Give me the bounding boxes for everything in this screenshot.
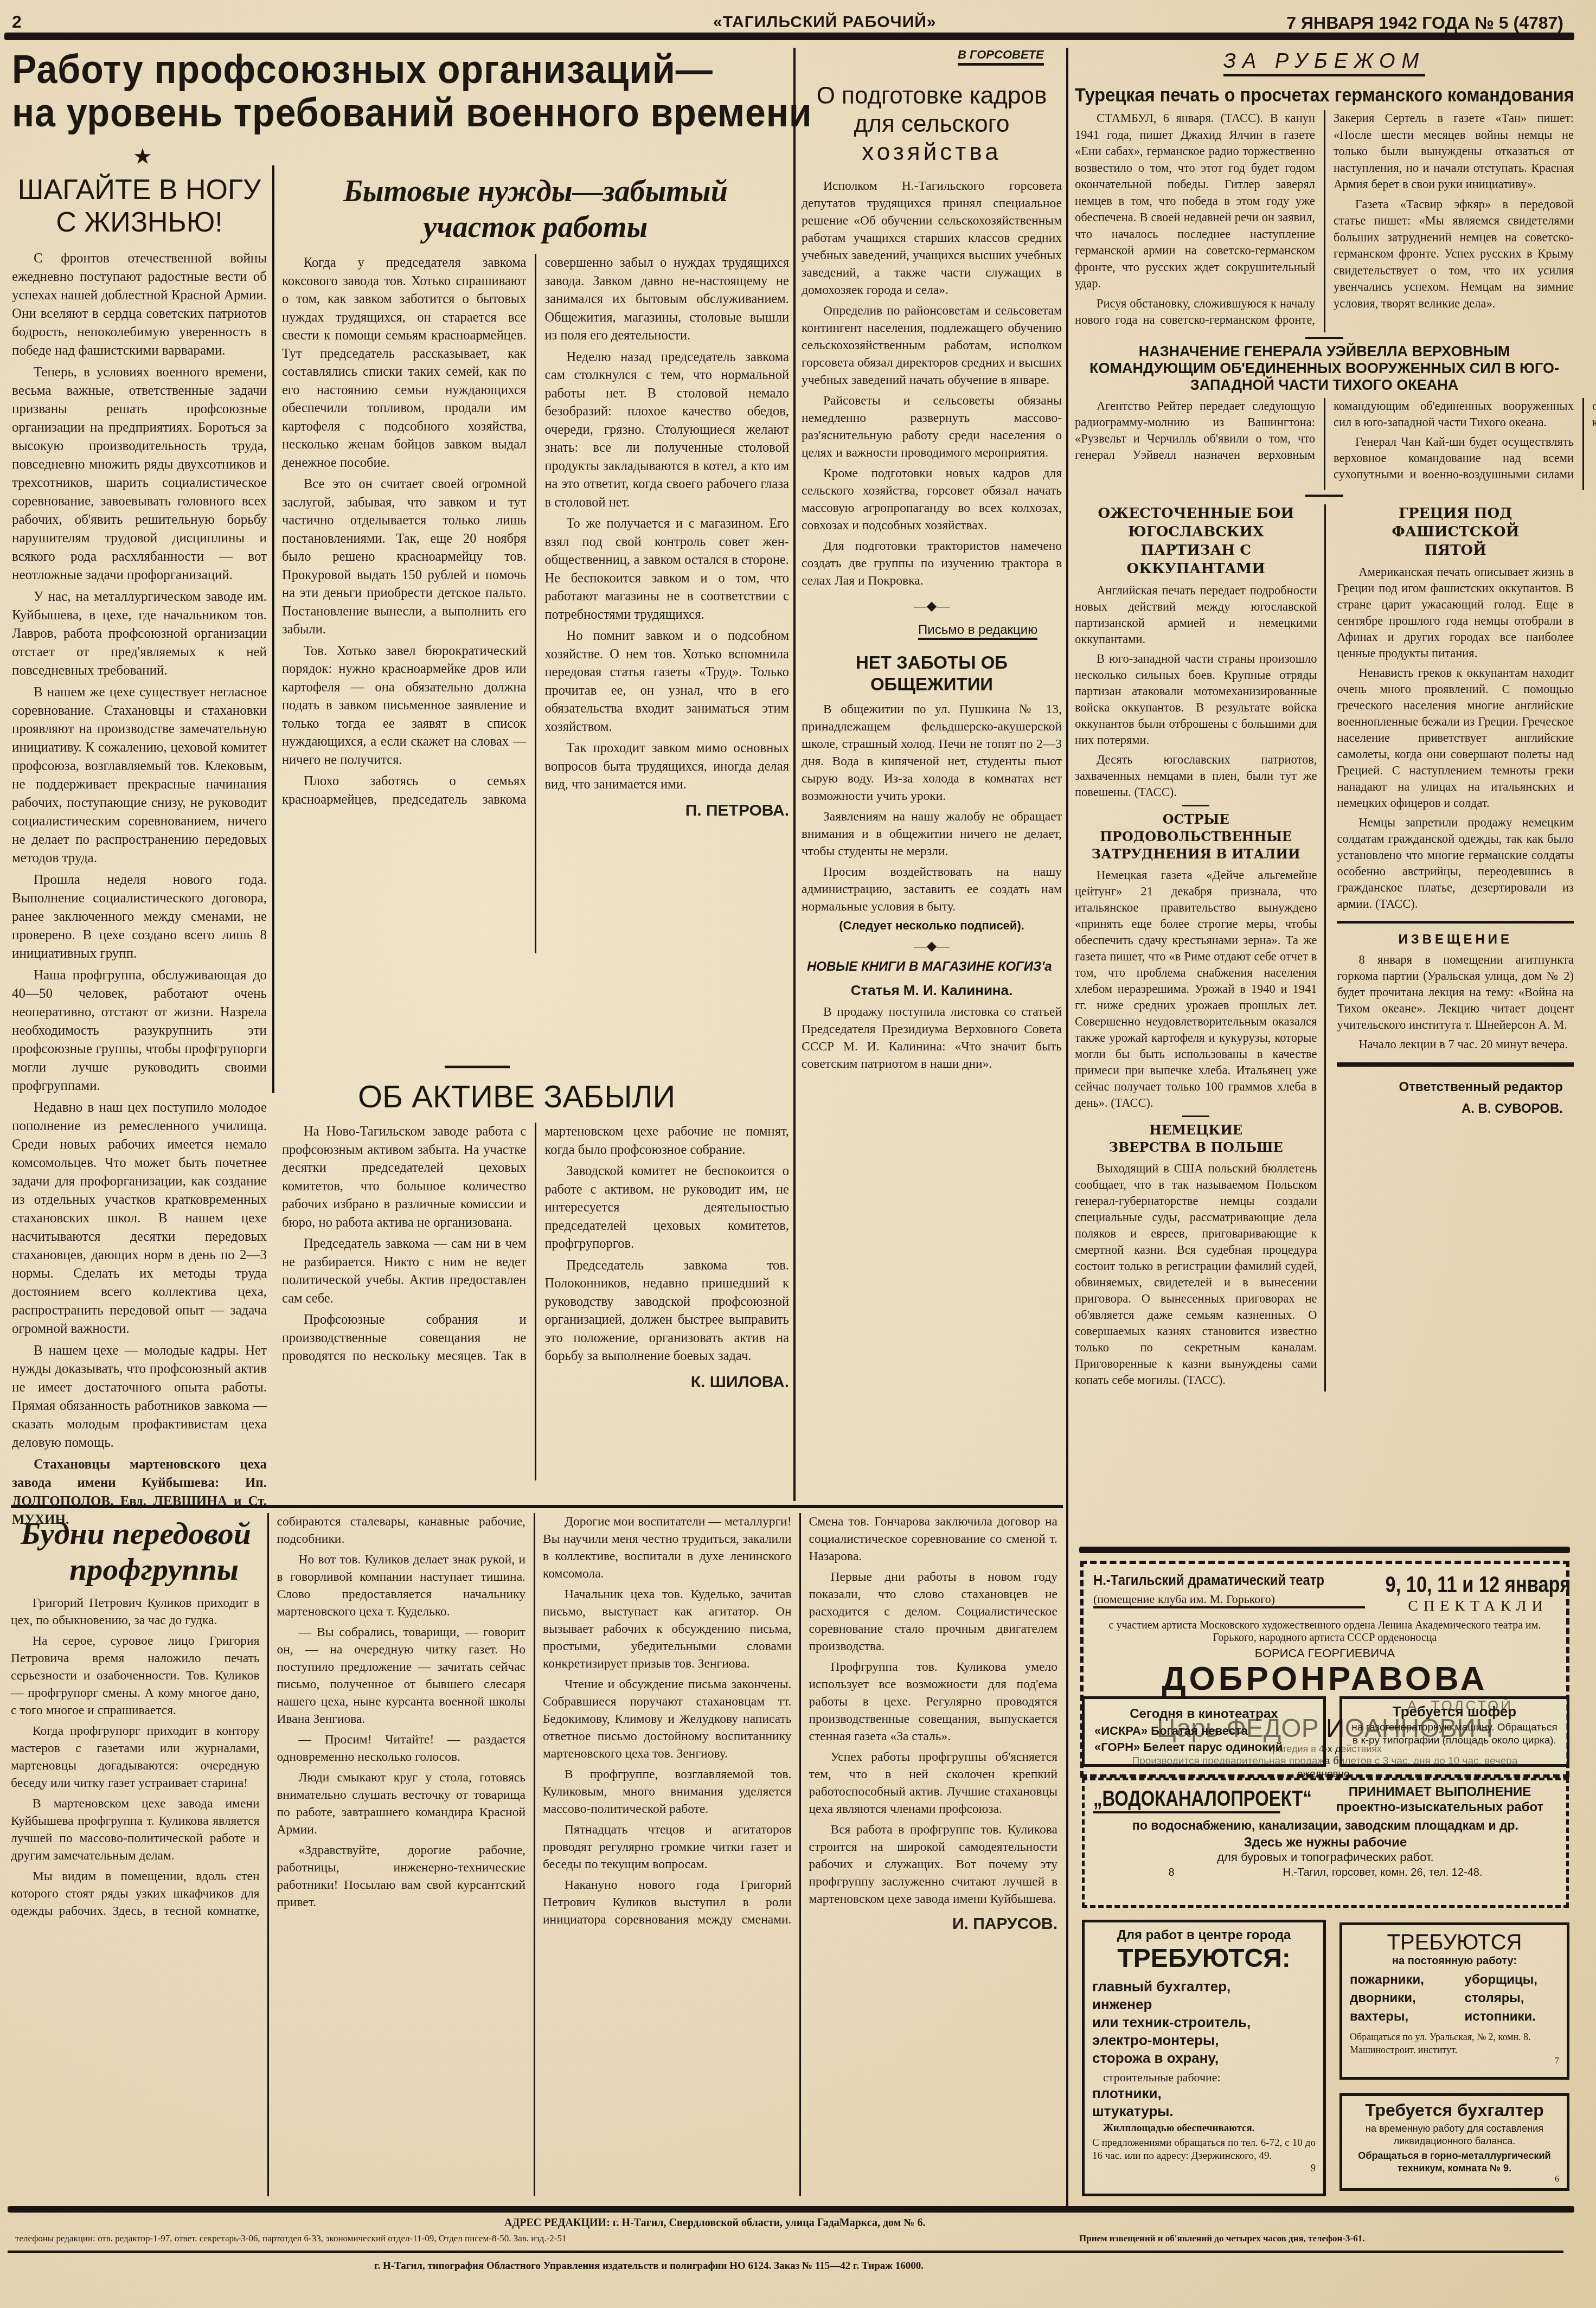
role-item: главный бухгалтер, xyxy=(1092,1978,1316,1996)
editorial-title-line2: С ЖИЗНЬЮ! xyxy=(12,206,267,239)
center-roles: главный бухгалтер, инженер или техник-ст… xyxy=(1092,1978,1316,2067)
gorsovet-section-label: В ГОРСОВЕТЕ xyxy=(958,48,1044,66)
paragraph: Десять югославских патриотов, захваченны… xyxy=(1075,752,1317,800)
abroad-left-column: ОЖЕСТОЧЕННЫЕ БОИ ЮГОСЛАВСКИХ ПАРТИЗАН С … xyxy=(1075,504,1326,1392)
paragraph: То же получается и с магазином. Его взял… xyxy=(545,515,790,624)
ad-number: 9 xyxy=(1092,2163,1316,2174)
paragraph: Неделю назад председатель завкома сам ст… xyxy=(545,348,790,512)
title-spacer xyxy=(11,1513,260,1594)
turkey-title: Турецкая печать о просчетах германского … xyxy=(1075,84,1539,107)
paragraph: — Просим! Читайте! — раздается одновреме… xyxy=(277,1731,526,1766)
paragraph: Заводской комитет не беспокоится о работ… xyxy=(545,1162,790,1253)
footer-rule-bottom xyxy=(8,2251,1563,2253)
paragraph: В продажу поступила листовка со статьей … xyxy=(802,1003,1062,1073)
editorial-title-line1: ШАГАЙТЕ В НОГУ xyxy=(12,174,267,206)
accountant-contact: Обращаться в горно-металлургический техн… xyxy=(1350,2150,1559,2175)
vodokanal-line3: Здесь же нужны рабочие xyxy=(1093,1835,1557,1850)
paragraph: Григорий Петрович Куликов приходит в цех… xyxy=(11,1594,260,1629)
wavell-body: Агентство Рейтер передает следующую ради… xyxy=(1075,398,1574,490)
footer-printing: г. Н-Тагил, типография Областного Управл… xyxy=(374,2260,924,2272)
ornament-divider: —◆— xyxy=(802,598,1062,614)
role-item: плотники, xyxy=(1092,2085,1316,2102)
editorial-title: ШАГАЙТЕ В НОГУ С ЖИЗНЬЮ! xyxy=(12,174,267,239)
center-big: ТРЕБУЮТСЯ: xyxy=(1092,1943,1316,1974)
paragraph: Профгруппа тов. Куликова умело используе… xyxy=(809,1658,1058,1745)
paragraph: Немецкая газета «Дейче альгемейне цейтун… xyxy=(1075,867,1317,1111)
paragraph: Заявлениям на нашу жалобу не обращает вн… xyxy=(802,808,1062,860)
role-item: электро-монтеры, xyxy=(1092,2031,1316,2049)
notice-body: 8 января в помещении агитпункта горкома … xyxy=(1337,952,1574,1053)
paragraph: Когда у председателя завкома коксового з… xyxy=(282,254,527,472)
notice-title: ИЗВЕЩЕНИЕ xyxy=(1337,932,1574,947)
paragraph: В профгруппе, возглавляемой тов. Куликов… xyxy=(543,1766,792,1818)
issue-date: 7 ЯНВАРЯ 1942 ГОДА № 5 (4787) xyxy=(1286,13,1563,33)
poland-body: Выходящий в США польский бюллетень сообщ… xyxy=(1075,1161,1317,1388)
letter-title: НЕТ ЗАБОТЫ ОБ ОБЩЕЖИТИИ xyxy=(802,652,1062,695)
cinema-title: Сегодня в кинотеатрах xyxy=(1094,1707,1313,1722)
theatre-name-block: Н.-Тагильский драматический театр (помещ… xyxy=(1093,1572,1365,1608)
center-builders-label: строительные рабочие: xyxy=(1103,2070,1316,2085)
bytovye-title: Бытовые нужды—забытый участок работы xyxy=(282,174,789,245)
paragraph: Председатель завкома — сам ни в чем не р… xyxy=(282,1235,527,1307)
paragraph: Тов. Хотько завел бюрократический порядо… xyxy=(282,642,527,770)
paragraph: В общежитии по ул. Пушкина № 13, принадл… xyxy=(802,701,1062,805)
footer-address: АДРЕС РЕДАКЦИИ: г. Н-Тагил, Свердловской… xyxy=(504,2217,925,2229)
newspaper-name: «ТАГИЛЬСКИЙ РАБОЧИЙ» xyxy=(713,13,936,31)
theatre-venue: (помещение клуба им. М. Горького) xyxy=(1093,1592,1365,1608)
paragraph: Так проходит завком мимо основных вопрос… xyxy=(545,739,790,794)
abroad-columns: ОЖЕСТОЧЕННЫЕ БОИ ЮГОСЛАВСКИХ ПАРТИЗАН С … xyxy=(1075,504,1574,1392)
theatre-header: Н.-Тагильский драматический театр (помещ… xyxy=(1093,1572,1556,1615)
vodokanal-ad: „ВОДОКАНАЛОПРОЕКТ“ ПРИНИМАЕТ ВЫПОЛНЕНИЕ … xyxy=(1082,1778,1569,1908)
divider xyxy=(1337,1062,1574,1067)
vodokanal-address: Н.-Тагил, горсовет, комн. 26, тел. 12-48… xyxy=(1283,1867,1483,1879)
editor-name: А. В. СУВОРОВ. xyxy=(1337,1098,1563,1120)
permanent-contact: Обращаться по ул. Уральская, № 2, комн. … xyxy=(1350,2030,1559,2056)
paragraph: Люди смыкают круг у стола, готовясь вним… xyxy=(277,1769,526,1838)
accountant-ad: Требуется бухгалтер на временную работу … xyxy=(1339,2093,1569,2191)
paragraph: Английская печать передает подробности н… xyxy=(1075,582,1317,647)
abroad-section-label: ЗА РУБЕЖОМ xyxy=(1075,50,1574,73)
paragraph: Газета «Тасвир эфкяр» в передовой статье… xyxy=(1334,196,1574,312)
bytovye-signature: П. ПЕТРОВА. xyxy=(545,802,790,820)
paragraph: В мартеновском цехе завода имени Куйбыше… xyxy=(11,1795,260,1864)
divider xyxy=(1305,337,1343,339)
permanent-roles-left: пожарники, дворники, вахтеры, xyxy=(1350,1971,1424,2026)
books-body: В продажу поступила листовка со статьей … xyxy=(802,1003,1062,1073)
theatre-guest-last: ДОБРОНРАВОВА xyxy=(1093,1661,1556,1697)
divider xyxy=(1182,805,1209,806)
lead-headline-line2: на уровень требований военного времени xyxy=(12,91,720,134)
wavell-title: НАЗНАЧЕНИЕ ГЕНЕРАЛА УЭЙВЕЛЛА ВЕРХОВНЫМ К… xyxy=(1075,343,1574,394)
vodokanal-header: „ВОДОКАНАЛОПРОЕКТ“ ПРИНИМАЕТ ВЫПОЛНЕНИЕ … xyxy=(1093,1785,1557,1815)
paragraph: Пятнадцать чтецов и агитаторов проводят … xyxy=(543,1821,792,1873)
paragraph: Немцы запретили продажу немецким солдата… xyxy=(1337,815,1574,912)
ad-number: 8 xyxy=(1168,1867,1174,1879)
editor-credit: Ответственный редактор А. В. СУВОРОВ. xyxy=(1337,1076,1574,1120)
lead-headline: Работу профсоюзных организаций— на урове… xyxy=(12,48,782,134)
letter-kicker: Письмо в редакцию xyxy=(918,623,1037,640)
greece-title: ГРЕЦИЯ ПОД ФАШИСТСКОЙ ПЯТОЙ xyxy=(1337,504,1574,560)
books-subtitle: Статья М. И. Калинина. xyxy=(802,982,1062,999)
footer-rule xyxy=(8,2206,1574,2213)
role-item: пожарники, xyxy=(1350,1971,1424,1989)
paragraph: На серое, суровое лицо Григория Петрович… xyxy=(11,1632,260,1719)
masthead-rule xyxy=(4,33,1574,40)
yugoslavia-title: ОЖЕСТОЧЕННЫЕ БОИ ЮГОСЛАВСКИХ ПАРТИЗАН С … xyxy=(1075,504,1317,578)
aktiv-signature: К. ШИЛОВА. xyxy=(545,1373,790,1392)
star-icon: ★ xyxy=(133,144,152,169)
paragraph: В юго-западной части страны произошло не… xyxy=(1075,651,1317,748)
footer-notices: Прием извещений и об'явлений до четырех … xyxy=(1079,2233,1364,2244)
role-item: сторожа в охрану, xyxy=(1092,2049,1316,2067)
footer-phones: телефоны редакции: отв. редактор-1-97, о… xyxy=(15,2233,566,2244)
italy-title: ОСТРЫЕ ПРОДОВОЛЬСТВЕННЫЕ ЗАТРУДНЕНИЯ В И… xyxy=(1075,811,1317,863)
budni-body: Григорий Петрович Куликов приходит в цех… xyxy=(11,1513,1057,2196)
accountant-text: на временную работу для составления ликв… xyxy=(1350,2123,1559,2147)
column-divider xyxy=(272,165,274,1093)
bytovye-body: Когда у председателя завкома коксового з… xyxy=(282,254,789,953)
driver-ad: Требуется шофер на газогенераторную маши… xyxy=(1339,1696,1569,1767)
paragraph: Когда профгрупорг приходит в контору мас… xyxy=(11,1722,260,1792)
books-title: НОВЫЕ КНИГИ В МАГАЗИНЕ КОГИЗ'а xyxy=(807,959,1062,975)
driver-text: на газогенераторную машину. Обращаться в… xyxy=(1349,1721,1560,1747)
paragraph: Для подготовки трактористов намечено соз… xyxy=(802,537,1062,589)
divider xyxy=(1182,1115,1209,1117)
theatre-guest-intro: с участием артиста Московского художеств… xyxy=(1093,1619,1556,1644)
paragraph: Все это он считает своей огромной заслуг… xyxy=(282,475,527,639)
vodokanal-line2: по водоснабжению, канализации, заводским… xyxy=(1093,1818,1557,1833)
accountant-title: Требуется бухгалтер xyxy=(1350,2100,1559,2120)
paragraph: СТАМБУЛ, 6 января. (ТАСС). В канун 1941 … xyxy=(1075,110,1315,292)
abroad-right-column: ГРЕЦИЯ ПОД ФАШИСТСКОЙ ПЯТОЙ Американская… xyxy=(1337,504,1574,1392)
role-item: дворники, xyxy=(1350,1989,1424,2008)
paragraph: Американская печать описывает жизнь в Гр… xyxy=(1337,564,1574,662)
bytovye-title-line2: участок работы xyxy=(282,209,789,245)
vodokanal-name: „ВОДОКАНАЛОПРОЕКТ“ xyxy=(1093,1787,1280,1813)
paragraph: Теперь, в условиях военного времени, вес… xyxy=(12,363,267,585)
paragraph: Успех работы профгруппы об'ясняется тем,… xyxy=(809,1748,1058,1818)
theatre-kind: СПЕКТАКЛИ xyxy=(1365,1598,1591,1615)
paragraph: «Здравствуйте, дорогие рабочие, работниц… xyxy=(277,1842,526,1911)
center-housing: Жилплощадью обеспечиваются. xyxy=(1103,2123,1316,2134)
ornament-divider: —◆— xyxy=(802,938,1062,954)
paragraph: Но вот тов. Куликов делает знак рукой, и… xyxy=(277,1551,526,1620)
paragraph: Определив по районсоветам и сельсоветам … xyxy=(802,302,1062,389)
vodokanal-footer: 8 Н.-Тагил, горсовет, комн. 26, тел. 12-… xyxy=(1093,1867,1557,1879)
ad-number: 6 xyxy=(1350,2175,1559,2184)
cinema-line2: «ГОРН» Белеет парус одинокий xyxy=(1094,1740,1313,1754)
role-item: истопники. xyxy=(1465,2008,1537,2026)
cinema-ad: Сегодня в кинотеатрах «ИСКРА» Богатая не… xyxy=(1082,1696,1326,1767)
gorsovet-title: О подготовке кадров для сельского хозяйс… xyxy=(802,82,1062,166)
aktiv-body: На Ново-Тагильском заводе работа с профс… xyxy=(282,1123,789,1480)
bytovye-title-line1: Бытовые нужды—забытый xyxy=(282,174,789,209)
abroad-section: ЗА РУБЕЖОМ Турецкая печать о просчетах г… xyxy=(1075,48,1574,1392)
section-rule xyxy=(11,1505,1063,1508)
center-intro: Для работ в центре города xyxy=(1092,1928,1316,1943)
greece-body: Американская печать описывает жизнь в Гр… xyxy=(1337,564,1574,912)
cinema-line1: «ИСКРА» Богатая невеста xyxy=(1094,1724,1313,1738)
theatre-name: Н.-Тагильский драматический театр xyxy=(1093,1572,1324,1589)
role-item: столяры, xyxy=(1465,1989,1537,2008)
lead-headline-line1: Работу профсоюзных организаций— xyxy=(12,48,720,91)
paragraph: В нашем же цехе существует негласное сор… xyxy=(12,683,267,868)
paragraph: Первые дни работы в новом году показали,… xyxy=(809,1568,1058,1655)
paragraph: У нас, на металлургическом заводе им. Ку… xyxy=(12,588,267,680)
paragraph: Исполком Н.-Тагильского горсовета депута… xyxy=(802,177,1062,299)
center-contact: С предложениями обращаться по тел. 6-72,… xyxy=(1092,2137,1316,2163)
permanent-roles-right: уборщицы, столяры, истопники. xyxy=(1465,1971,1537,2026)
theatre-dates-block: 9, 10, 11 и 12 января СПЕКТАКЛИ xyxy=(1365,1572,1591,1615)
paragraph: Просим воздействовать на нашу администра… xyxy=(802,863,1062,915)
divider xyxy=(445,1066,510,1068)
aktiv-article: ОБ АКТИВЕ ЗАБЫЛИ На Ново-Тагильском заво… xyxy=(0,1066,789,1480)
paragraph: На Ново-Тагильском заводе работа с профс… xyxy=(282,1123,527,1232)
budni-article: Будни передовой профгруппы Григорий Петр… xyxy=(11,1513,1063,2202)
permanent-subtitle: на постоянную работу: xyxy=(1350,1955,1559,1967)
theatre-dates: 9, 10, 11 и 12 января xyxy=(1386,1572,1571,1598)
role-item: штукатуры. xyxy=(1092,2102,1316,2120)
role-item: инженер xyxy=(1092,1996,1316,2014)
permanent-jobs-ad: ТРЕБУЮТСЯ на постоянную работу: пожарник… xyxy=(1339,1922,1569,2080)
paragraph: Дорогие мои воспитатели — металлурги! Вы… xyxy=(543,1513,792,1582)
paragraph: Председатель завкома тов. Полоконников, … xyxy=(545,1256,790,1365)
vodokanal-line1: ПРИНИМАЕТ ВЫПОЛНЕНИЕ проектно-изыскатель… xyxy=(1329,1785,1551,1815)
paragraph: Кроме подготовки новых кадров для сельск… xyxy=(802,465,1062,534)
theatre-guest-first: БОРИСА ГЕОРГИЕВИЧА xyxy=(1093,1646,1556,1661)
paragraph: Начало лекции в 7 час. 20 минут вечера. xyxy=(1337,1036,1574,1053)
paragraph: 8 января в помещении агитпункта горкома … xyxy=(1337,952,1574,1033)
center-jobs-ad: Для работ в центре города ТРЕБУЮТСЯ: гла… xyxy=(1082,1920,1326,2196)
role-item: или техник-строитель, xyxy=(1092,2014,1316,2031)
gorsovet-title-line1: О подготовке кадров xyxy=(802,82,1062,110)
editor-label: Ответственный редактор xyxy=(1337,1076,1563,1098)
vodokanal-line4: для буровых и топографических работ. xyxy=(1093,1850,1557,1864)
aktiv-title: ОБ АКТИВЕ ЗАБЫЛИ xyxy=(358,1078,789,1116)
paragraph: Начальник цеха тов. Куделько, зачитав пи… xyxy=(543,1586,792,1672)
divider xyxy=(1337,921,1574,924)
letter-body: В общежитии по ул. Пушкина № 13, принадл… xyxy=(802,701,1062,915)
paragraph: Ненависть греков к оккупантам находит оч… xyxy=(1337,665,1574,811)
paragraph: Чтение и обсуждение письма закончены. Со… xyxy=(543,1676,792,1762)
gorsovet-title-line2: для сельского xyxy=(802,110,1062,138)
paragraph: Вся работа в профгруппе тов. Куликова ст… xyxy=(809,1821,1058,1908)
paragraph: С фронтов отечественной войны ежедневно … xyxy=(12,249,267,360)
permanent-roles: пожарники, дворники, вахтеры, уборщицы, … xyxy=(1350,1971,1559,2026)
column-divider xyxy=(1066,48,1068,2211)
poland-title: НЕМЕЦКИЕ ЗВЕРСТВА В ПОЛЬШЕ xyxy=(1075,1121,1317,1156)
page-number: 2 xyxy=(12,12,22,32)
gorsovet-body: Исполком Н.-Тагильского горсовета депута… xyxy=(802,177,1062,589)
paragraph: Выходящий в США польский бюллетень сообщ… xyxy=(1075,1161,1317,1388)
turkey-body: СТАМБУЛ, 6 января. (ТАСС). В канун 1941 … xyxy=(1075,110,1574,332)
letter-signature: (Следует несколько подписей). xyxy=(802,919,1062,933)
divider xyxy=(1305,495,1343,497)
paragraph: Райсоветы и сельсоветы обязаны немедленн… xyxy=(802,392,1062,461)
paragraph: Прошла неделя нового года. Выполнение со… xyxy=(12,871,267,963)
center-builders: плотники, штукатуры. xyxy=(1092,2085,1316,2120)
driver-title: Требуется шофер xyxy=(1349,1703,1560,1720)
abroad-label-text: ЗА РУБЕЖОМ xyxy=(1223,50,1425,76)
ad-number: 7 xyxy=(1350,2056,1559,2066)
gorsovet-article: В ГОРСОВЕТЕ О подготовке кадров для сель… xyxy=(802,48,1062,1076)
role-item: уборщицы, xyxy=(1465,1971,1537,1989)
budni-signature: И. ПАРУСОВ. xyxy=(809,1915,1058,1933)
bytovye-article: Бытовые нужды—забытый участок работы Ког… xyxy=(282,174,789,953)
yugoslavia-body: Английская печать передает подробности н… xyxy=(1075,582,1317,800)
permanent-title: ТРЕБУЮТСЯ xyxy=(1350,1931,1559,1955)
italy-body: Немецкая газета «Дейче альгемейне цейтун… xyxy=(1075,867,1317,1111)
paragraph: Но помнит завком и о подсобном хозяйстве… xyxy=(545,627,790,736)
column-divider xyxy=(793,48,796,1501)
paragraph: — Вы собрались, товарищи, — говорит он, … xyxy=(277,1624,526,1728)
gorsovet-title-line3: хозяйства xyxy=(802,138,1062,166)
role-item: вахтеры, xyxy=(1350,2008,1424,2026)
ads-rule xyxy=(1079,1547,1570,1553)
